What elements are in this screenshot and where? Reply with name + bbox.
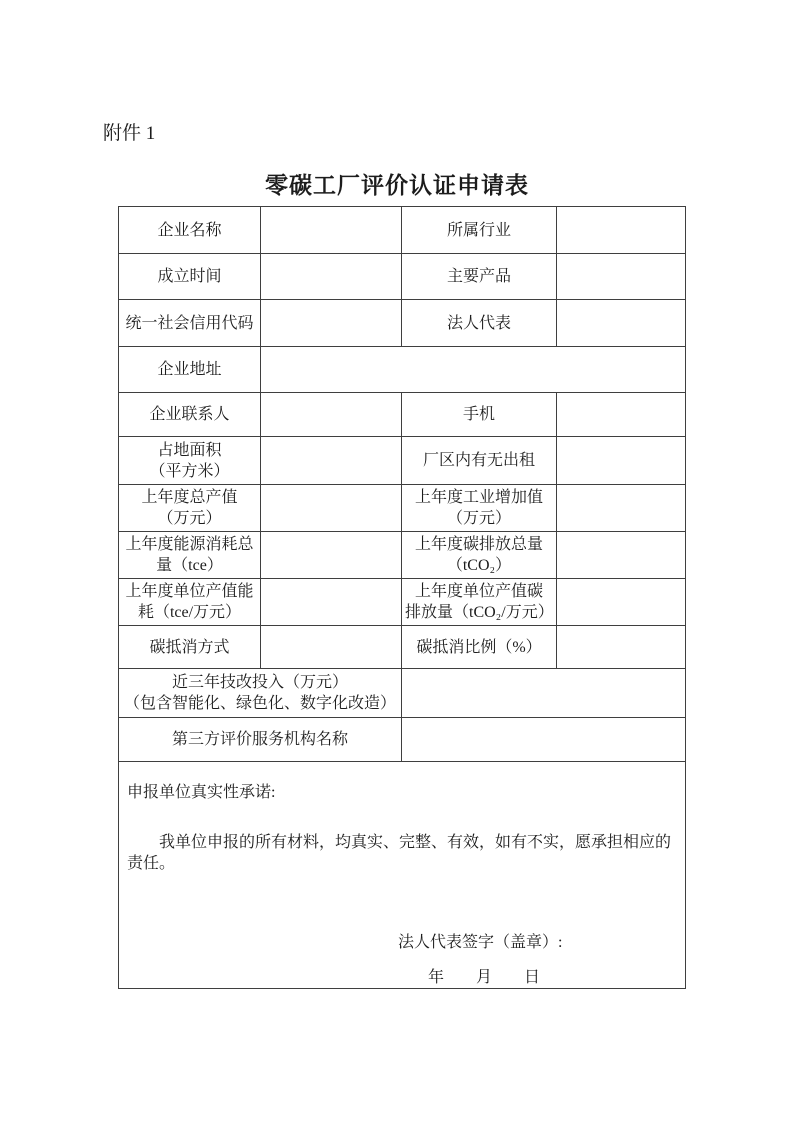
input-last-year-output-value[interactable] [261,485,402,532]
input-main-products[interactable] [557,254,686,300]
input-carbon-offset-ratio[interactable] [557,626,686,669]
label-carbon-offset-ratio: 碳抵消比例（%） [402,626,557,669]
input-credit-code[interactable] [261,300,402,347]
table-row: 近三年技改投入（万元） （包含智能化、绿色化、数字化改造） [119,669,686,718]
label-last-year-carbon-intensity: 上年度单位产值碳 排放量（tCO₂/万元） [402,579,557,626]
label-contact-person: 企业联系人 [119,393,261,437]
label-industry: 所属行业 [402,207,557,254]
input-last-year-energy-consumption[interactable] [261,532,402,579]
label-factory-rental: 厂区内有无出租 [402,437,557,485]
label-last-year-energy-consumption: 上年度能源消耗总 量（tce） [119,532,261,579]
label-mobile: 手机 [402,393,557,437]
label-third-party-agency: 第三方评价服务机构名称 [119,718,402,762]
table-row: 碳抵消方式 碳抵消比例（%） [119,626,686,669]
document-page: 附件 1 零碳工厂评价认证申请表 企业名称 所属行业 成立时间 主要产品 统一 [0,0,794,1123]
label-company-address: 企业地址 [119,347,261,393]
table-row: 申报单位真实性承诺: 我单位申报的所有材料，均真实、完整、有效，如有不实，愿承担… [119,762,686,989]
label-land-area: 占地面积 （平方米） [119,437,261,485]
input-last-year-carbon-emission[interactable] [557,532,686,579]
label-founding-date: 成立时间 [119,254,261,300]
input-last-year-industrial-added-value[interactable] [557,485,686,532]
input-founding-date[interactable] [261,254,402,300]
input-industry[interactable] [557,207,686,254]
label-legal-representative: 法人代表 [402,300,557,347]
label-company-name: 企业名称 [119,207,261,254]
table-row: 企业名称 所属行业 [119,207,686,254]
table-row: 上年度单位产值能 耗（tce/万元） 上年度单位产值碳 排放量（tCO₂/万元） [119,579,686,626]
label-last-year-output-value: 上年度总产值 （万元） [119,485,261,532]
label-last-year-carbon-emission: 上年度碳排放总量 （tCO₂） [402,532,557,579]
table-row: 上年度能源消耗总 量（tce） 上年度碳排放总量 （tCO₂） [119,532,686,579]
input-company-address[interactable] [261,347,686,393]
table-row: 企业地址 [119,347,686,393]
table-row: 成立时间 主要产品 [119,254,686,300]
table-row: 统一社会信用代码 法人代表 [119,300,686,347]
input-mobile[interactable] [557,393,686,437]
table-row: 企业联系人 手机 [119,393,686,437]
table-row: 上年度总产值 （万元） 上年度工业增加值 （万元） [119,485,686,532]
input-last-year-energy-intensity[interactable] [261,579,402,626]
attachment-label: 附件 1 [103,121,155,147]
signature-label: 法人代表签字（盖章）: [398,932,675,953]
input-contact-person[interactable] [261,393,402,437]
input-company-name[interactable] [261,207,402,254]
label-last-year-industrial-added-value: 上年度工业增加值 （万元） [402,485,557,532]
input-last-year-carbon-intensity[interactable] [557,579,686,626]
page-title: 零碳工厂评价认证申请表 [0,167,794,200]
input-carbon-offset-method[interactable] [261,626,402,669]
label-tech-upgrade-investment: 近三年技改投入（万元） （包含智能化、绿色化、数字化改造） [119,669,402,718]
input-legal-representative[interactable] [557,300,686,347]
table-row: 第三方评价服务机构名称 [119,718,686,762]
input-tech-upgrade-investment[interactable] [402,669,686,718]
label-carbon-offset-method: 碳抵消方式 [119,626,261,669]
input-factory-rental[interactable] [557,437,686,485]
commitment-heading: 申报单位真实性承诺: [127,782,675,803]
label-main-products: 主要产品 [402,254,557,300]
input-third-party-agency[interactable] [402,718,686,762]
commitment-cell: 申报单位真实性承诺: 我单位申报的所有材料，均真实、完整、有效，如有不实，愿承担… [119,762,686,989]
table-row: 占地面积 （平方米） 厂区内有无出租 [119,437,686,485]
label-credit-code: 统一社会信用代码 [119,300,261,347]
input-land-area[interactable] [261,437,402,485]
label-last-year-energy-intensity: 上年度单位产值能 耗（tce/万元） [119,579,261,626]
application-form-table: 企业名称 所属行业 成立时间 主要产品 统一社会信用代码 法人代表 企业地址 [118,206,686,989]
commitment-statement: 我单位申报的所有材料，均真实、完整、有效，如有不实，愿承担相应的责任。 [127,832,675,874]
date-line: 年 月 日 [428,967,675,988]
